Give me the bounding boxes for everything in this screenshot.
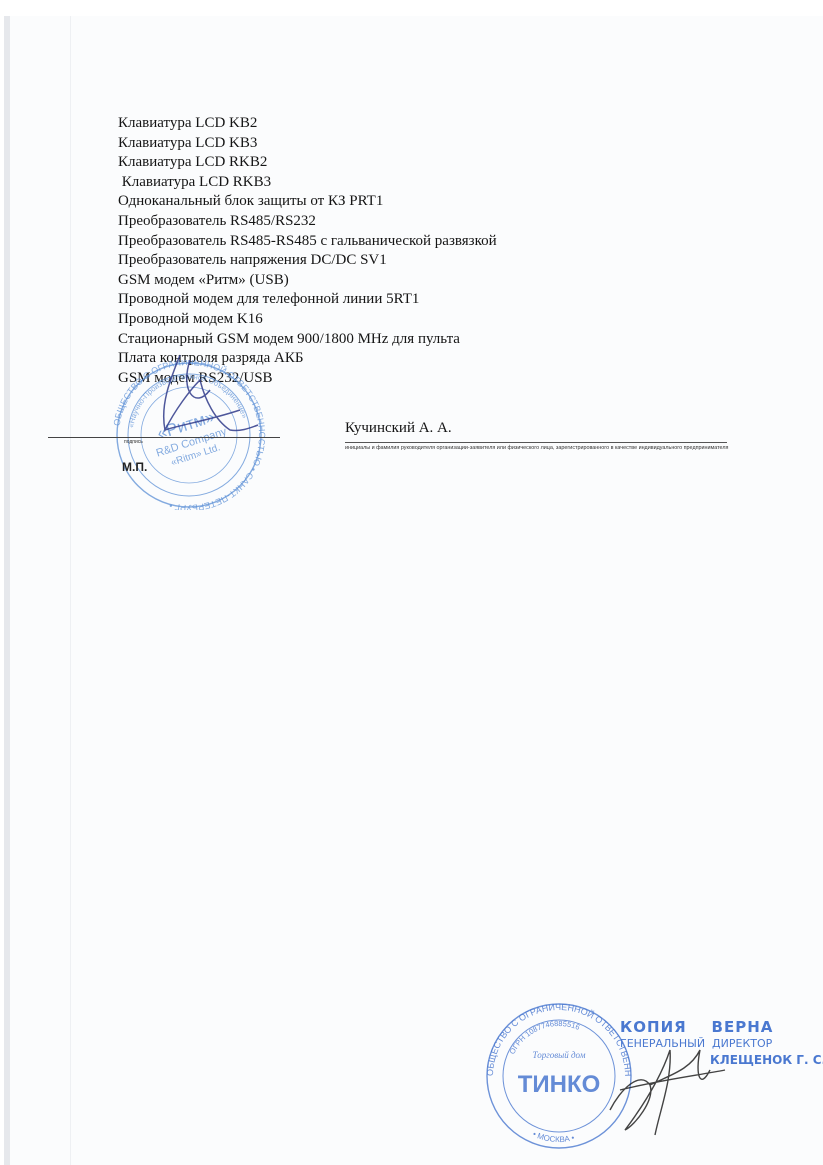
handwritten-signature-head xyxy=(120,350,260,440)
list-item: Клавиатура LCD RKB2 xyxy=(118,153,497,173)
head-name: Кучинский А. А. xyxy=(345,420,452,437)
head-name-caption: инициалы и фамилия руководителя организа… xyxy=(345,445,745,452)
signature-caption: подпись xyxy=(124,439,143,445)
list-item: Проводной модем для телефонной линии 5RT… xyxy=(118,290,497,310)
svg-text:Торговый дом: Торговый дом xyxy=(533,1050,586,1060)
list-item: Клавиатура LCD RKB3 xyxy=(118,173,497,193)
handwritten-signature-director xyxy=(600,1030,730,1140)
list-item: Одноканальный блок защиты от КЗ PRT1 xyxy=(118,192,497,212)
list-item: Преобразователь напряжения DC/DC SV1 xyxy=(118,251,497,271)
list-item: Преобразователь RS485/RS232 xyxy=(118,212,497,232)
list-item: Преобразователь RS485-RS485 с гальваниче… xyxy=(118,232,497,252)
list-item: GSM модем «Ритм» (USB) xyxy=(118,271,497,291)
list-item: Клавиатура LCD KB3 xyxy=(118,134,497,154)
signature-line xyxy=(48,437,280,438)
equipment-list: Клавиатура LCD KB2 Клавиатура LCD KB3 Кл… xyxy=(118,114,497,388)
head-name-line xyxy=(345,442,727,443)
page-fold-line xyxy=(70,16,71,1165)
list-item: Клавиатура LCD KB2 xyxy=(118,114,497,134)
seal-label: М.П. xyxy=(122,460,147,474)
list-item: Проводной модем K16 xyxy=(118,310,497,330)
svg-text:ТИНКО: ТИНКО xyxy=(518,1071,601,1098)
list-item: Стационарный GSM модем 900/1800 MHz для … xyxy=(118,330,497,350)
